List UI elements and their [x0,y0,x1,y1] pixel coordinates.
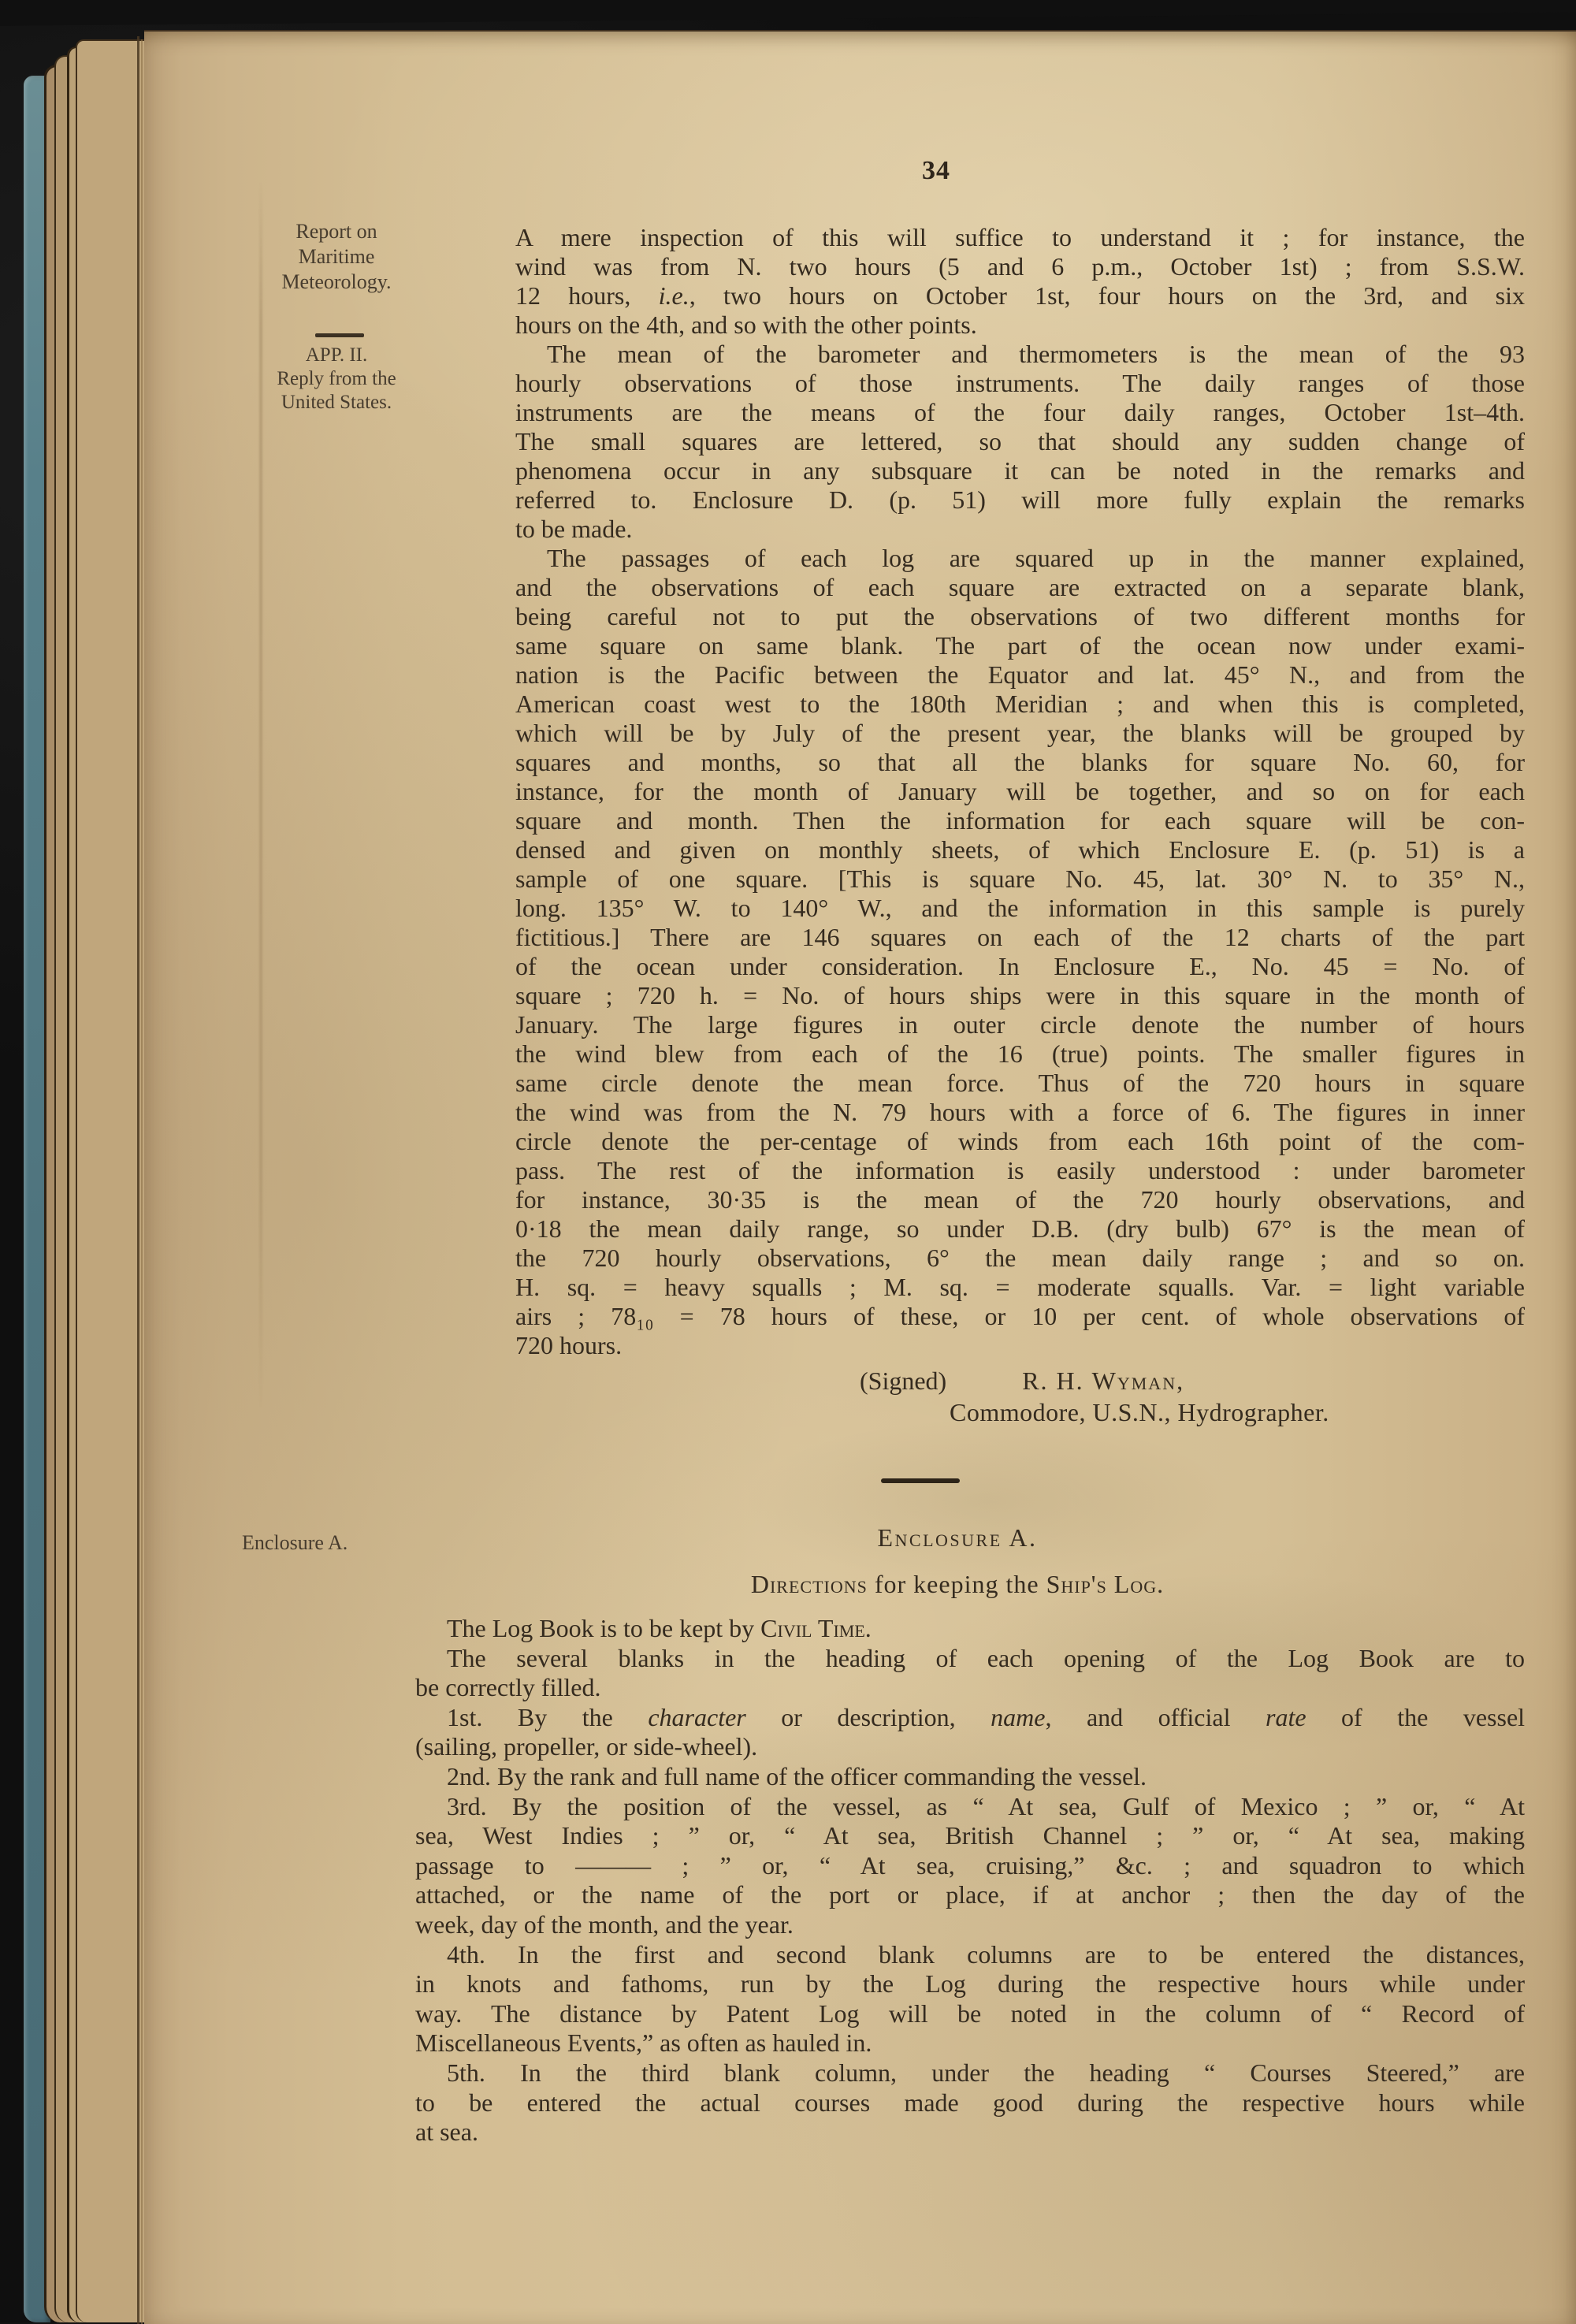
text-line: attached, or the name of the port or pla… [415,1880,1525,1910]
text-line: square ; 720 h. = No. of hours ships wer… [515,981,1525,1010]
text-line: the wind was from the N. 79 hours with a… [515,1098,1525,1127]
text-line: A mere inspection of this will suffice t… [515,223,1525,252]
text-line: instruments are the means of the four da… [515,398,1525,427]
signed-label: (Signed) [860,1367,946,1395]
text-line: referred to. Enclosure D. (p. 51) will m… [515,485,1525,515]
text-line: APP. II. [237,344,436,367]
text-line: The Log Book is to be kept by Civil Time… [415,1614,1525,1644]
text-line: 1st. By the character or description, na… [415,1703,1525,1733]
paragraph-log-passages: The passages of each log are squared up … [515,544,1525,1360]
directions-subheading: Directions for keeping the Ship's Log. [403,1570,1512,1599]
text-line: 4th. In the first and second blank colum… [415,1940,1525,1970]
enclosure-a-heading: Enclosure A. [403,1523,1512,1552]
text-line: Report on [223,219,450,244]
text-line: 720 hours. [515,1331,1525,1360]
text-line: 0·18 the mean daily range, so under D.B.… [515,1214,1525,1244]
text-line: in knots and fathoms, run by the Log dur… [415,1969,1525,1999]
text-line: 12 hours, i.e., two hours on October 1st… [515,281,1525,310]
show-through-blot [743,1419,1232,1584]
margin-note-report-title: Report onMaritimeMeteorology. [223,219,450,295]
enclosure-text-column: The Log Book is to be kept by Civil Time… [415,1614,1525,2147]
text-line: Reply from the [237,367,436,391]
text-line: nation is the Pacific between the Equato… [515,660,1525,690]
main-text-column: A mere inspection of this will suffice t… [515,223,1525,1360]
text-line: and the observations of each square are … [515,573,1525,602]
paragraph-1st: 1st. By the character or description, na… [415,1703,1525,1762]
text-line: wind was from N. two hours (5 and 6 p.m.… [515,252,1525,281]
paragraph-3rd: 3rd. By the position of the vessel, as “… [415,1792,1525,1940]
text-line: densed and given on monthly sheets, of w… [515,835,1525,865]
page-edge-line [137,36,139,2322]
text-line: long. 135° W. to 140° W., and the inform… [515,894,1525,923]
signature-title: Commodore, U.S.N., Hydrographer. [950,1398,1329,1427]
text-line: hourly observations of those instruments… [515,369,1525,398]
text-line: way. The distance by Patent Log will be … [415,1999,1525,2029]
margin-note-divider [315,333,364,337]
paragraph-civil-time: The Log Book is to be kept by Civil Time… [415,1614,1525,1644]
text-line: hours on the 4th, and so with the other … [515,310,1525,340]
text-line: passage to ——— ; ” or, “ At sea, cruisin… [415,1851,1525,1881]
text-line: 5th. In the third blank column, under th… [415,2058,1525,2088]
text-line: week, day of the month, and the year. [415,1910,1525,1940]
paragraph-2nd: 2nd. By the rank and full name of the of… [415,1762,1525,1792]
text-line: same square on same blank. The part of t… [515,631,1525,660]
text-line: (sailing, propeller, or side-wheel). [415,1732,1525,1762]
book-page: 34 Report onMaritimeMeteorology. APP. II… [144,30,1576,2322]
text-line: being careful not to put the observation… [515,602,1525,631]
text-line: same circle denote the mean force. Thus … [515,1069,1525,1098]
paragraph-5th: 5th. In the third blank column, under th… [415,2058,1525,2147]
text-line: The passages of each log are squared up … [515,544,1525,573]
text-line: to be entered the actual courses made go… [415,2088,1525,2118]
margin-note-appendix: APP. II.Reply from theUnited States. [237,344,436,415]
text-line: the wind blew from each of the 16 (true)… [515,1039,1525,1069]
paragraph-several-blanks: The several blanks in the heading of eac… [415,1644,1525,1703]
text-line: sea, West Indies ; ” or, “ At sea, Briti… [415,1821,1525,1851]
text-line: 3rd. By the position of the vessel, as “… [415,1792,1525,1822]
section-divider-rule [881,1478,960,1483]
text-line: squares and months, so that all the blan… [515,748,1525,777]
paragraph-4th: 4th. In the first and second blank colum… [415,1940,1525,2058]
text-line: The small squares are lettered, so that … [515,427,1525,456]
text-line: for instance, 30·35 is the mean of the 7… [515,1185,1525,1214]
page-edge-highlight [141,39,143,2322]
text-line: airs ; 78₁₀ = 78 hours of these, or 10 p… [515,1302,1525,1331]
text-line: The mean of the barometer and thermomete… [515,340,1525,369]
text-line: H. sq. = heavy squalls ; M. sq. = modera… [515,1273,1525,1302]
signature-name: R. H. Wyman, [1022,1367,1184,1395]
paragraph-wind-inspection: A mere inspection of this will suffice t… [515,223,1525,340]
text-line: American coast west to the 180th Meridia… [515,690,1525,719]
paragraph-barometer-mean: The mean of the barometer and thermomete… [515,340,1525,544]
text-line: United States. [237,391,436,415]
text-line: the 720 hourly observations, 6° the mean… [515,1244,1525,1273]
text-line: which will be by July of the present yea… [515,719,1525,748]
text-line: The several blanks in the heading of eac… [415,1644,1525,1674]
text-line: sample of one square. [This is square No… [515,865,1525,894]
page-number: 34 [889,156,983,186]
text-line: to be made. [515,515,1525,544]
text-line: circle denote the per-centage of winds f… [515,1127,1525,1156]
text-line: at sea. [415,2118,1525,2147]
text-line: Maritime [223,244,450,270]
text-line: Miscellaneous Events,” as often as haule… [415,2028,1525,2058]
text-line: instance, for the month of January will … [515,777,1525,806]
text-line: square and month. Then the information f… [515,806,1525,835]
text-line: fictitious.] There are 146 squares on ea… [515,923,1525,952]
text-line: Meteorology. [223,270,450,295]
text-line: phenomena occur in any subsquare it can … [515,456,1525,485]
text-line: be correctly filled. [415,1673,1525,1703]
text-line: of the ocean under consideration. In Enc… [515,952,1525,981]
signature-line: (Signed) R. H. Wyman, [860,1367,1184,1396]
photo-backdrop-top [0,0,1576,26]
text-line: January. The large figures in outer circ… [515,1010,1525,1039]
text-line: pass. The rest of the information is eas… [515,1156,1525,1185]
text-line: 2nd. By the rank and full name of the of… [415,1762,1525,1792]
photo-background: 34 Report onMaritimeMeteorology. APP. II… [0,0,1576,2322]
